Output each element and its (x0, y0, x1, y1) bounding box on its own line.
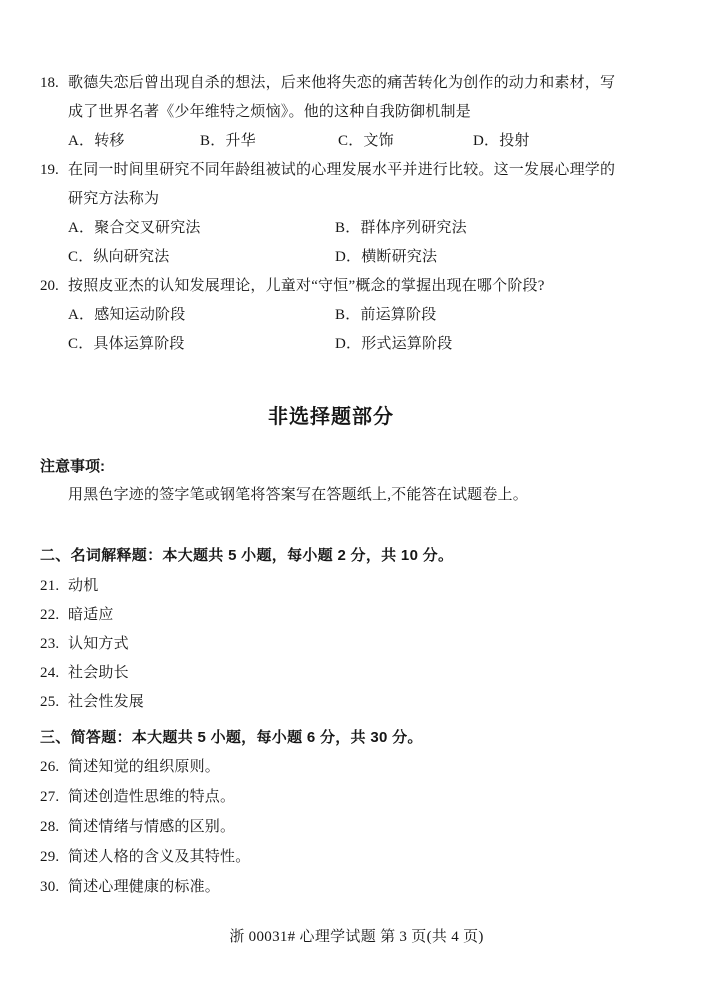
item-24: 24. 社会助长 (40, 659, 622, 688)
question-19-options: A．聚合交叉研究法 B．群体序列研究法 C．纵向研究法 D．横断研究法 (68, 214, 622, 272)
question-19-number: 19. (40, 156, 68, 272)
item-25-number: 25. (40, 688, 68, 717)
item-27-number: 27. (40, 782, 68, 812)
item-29: 29. 简述人格的含义及其特性。 (40, 842, 622, 872)
question-19: 19. 在同一时间里研究不同年龄组被试的心理发展水平并进行比较。这一发展心理学的… (40, 156, 622, 272)
item-30-number: 30. (40, 872, 68, 902)
item-28-number: 28. (40, 812, 68, 842)
item-26-number: 26. (40, 752, 68, 782)
q19-option-b: B．群体序列研究法 (335, 214, 622, 243)
exam-paper-page: 18. 歌德失恋后曾出现自杀的想法，后来他将失恋的痛苦转化为创作的动力和素材，写… (0, 0, 713, 1007)
part-heading: 非选择题部分 (40, 403, 622, 431)
question-20-text-line-1: 按照皮亚杰的认知发展理论，儿童对“守恒”概念的掌握出现在哪个阶段? (68, 272, 622, 301)
item-25-text: 社会性发展 (68, 688, 144, 717)
q18-option-d: D．投射 (473, 127, 622, 156)
question-19-body: 在同一时间里研究不同年龄组被试的心理发展水平并进行比较。这一发展心理学的 研究方… (68, 156, 622, 272)
item-28: 28. 简述情绪与情感的区别。 (40, 812, 622, 842)
item-27: 27. 简述创造性思维的特点。 (40, 782, 622, 812)
q20-option-b: B．前运算阶段 (335, 301, 622, 330)
q20-option-d: D．形式运算阶段 (335, 330, 622, 359)
item-30-text: 简述心理健康的标准。 (68, 872, 220, 902)
item-22-number: 22. (40, 601, 68, 630)
item-24-number: 24. (40, 659, 68, 688)
page-content: 18. 歌德失恋后曾出现自杀的想法，后来他将失恋的痛苦转化为创作的动力和素材，写… (40, 69, 622, 902)
item-25: 25. 社会性发展 (40, 688, 622, 717)
question-20-options: A．感知运动阶段 B．前运算阶段 C．具体运算阶段 D．形式运算阶段 (68, 301, 622, 359)
item-30: 30. 简述心理健康的标准。 (40, 872, 622, 902)
item-29-number: 29. (40, 842, 68, 872)
item-23: 23. 认知方式 (40, 630, 622, 659)
section2-items: 21. 动机 22. 暗适应 23. 认知方式 24. 社会助长 25. 社会性… (40, 572, 622, 717)
question-20-body: 按照皮亚杰的认知发展理论，儿童对“守恒”概念的掌握出现在哪个阶段? A．感知运动… (68, 272, 622, 359)
q20-option-c: C．具体运算阶段 (68, 330, 335, 359)
notice-body: 用黑色字迹的签字笔或钢笔将答案写在答题纸上,不能答在试题卷上。 (40, 481, 622, 509)
item-21-text: 动机 (68, 572, 98, 601)
item-26: 26. 简述知觉的组织原则。 (40, 752, 622, 782)
question-18-options: A．转移 B．升华 C．文饰 D．投射 (68, 127, 622, 156)
item-21-number: 21. (40, 572, 68, 601)
question-20-number: 20. (40, 272, 68, 359)
q19-option-d: D．横断研究法 (335, 243, 622, 272)
item-21: 21. 动机 (40, 572, 622, 601)
notice-title: 注意事项: (40, 453, 622, 481)
question-18-body: 歌德失恋后曾出现自杀的想法，后来他将失恋的痛苦转化为创作的动力和素材，写 成了世… (68, 69, 622, 156)
item-23-number: 23. (40, 630, 68, 659)
question-19-text-line-1: 在同一时间里研究不同年龄组被试的心理发展水平并进行比较。这一发展心理学的 (68, 156, 622, 185)
question-18: 18. 歌德失恋后曾出现自杀的想法，后来他将失恋的痛苦转化为创作的动力和素材，写… (40, 69, 622, 156)
question-18-text-line-2: 成了世界名著《少年维特之烦恼》。他的这种自我防御机制是 (68, 98, 622, 127)
page-footer: 浙 00031# 心理学试题 第 3 页(共 4 页) (0, 927, 713, 947)
item-26-text: 简述知觉的组织原则。 (68, 752, 220, 782)
section3-items: 26. 简述知觉的组织原则。 27. 简述创造性思维的特点。 28. 简述情绪与… (40, 752, 622, 902)
item-22: 22. 暗适应 (40, 601, 622, 630)
item-24-text: 社会助长 (68, 659, 129, 688)
question-20: 20. 按照皮亚杰的认知发展理论，儿童对“守恒”概念的掌握出现在哪个阶段? A．… (40, 272, 622, 359)
q20-option-a: A．感知运动阶段 (68, 301, 335, 330)
question-19-text-line-2: 研究方法称为 (68, 185, 622, 214)
item-28-text: 简述情绪与情感的区别。 (68, 812, 235, 842)
section2-header: 二、名词解释题：本大题共 5 小题，每小题 2 分，共 10 分。 (40, 540, 622, 572)
q18-option-a: A．转移 (68, 127, 200, 156)
question-18-text-line-1: 歌德失恋后曾出现自杀的想法，后来他将失恋的痛苦转化为创作的动力和素材，写 (68, 69, 622, 98)
item-22-text: 暗适应 (68, 601, 114, 630)
q18-option-c: C．文饰 (338, 127, 473, 156)
item-27-text: 简述创造性思维的特点。 (68, 782, 235, 812)
item-29-text: 简述人格的含义及其特性。 (68, 842, 250, 872)
q19-option-a: A．聚合交叉研究法 (68, 214, 335, 243)
question-18-number: 18. (40, 69, 68, 156)
q19-option-c: C．纵向研究法 (68, 243, 335, 272)
item-23-text: 认知方式 (68, 630, 129, 659)
section3-header: 三、简答题：本大题共 5 小题，每小题 6 分，共 30 分。 (40, 723, 622, 752)
q18-option-b: B．升华 (200, 127, 338, 156)
